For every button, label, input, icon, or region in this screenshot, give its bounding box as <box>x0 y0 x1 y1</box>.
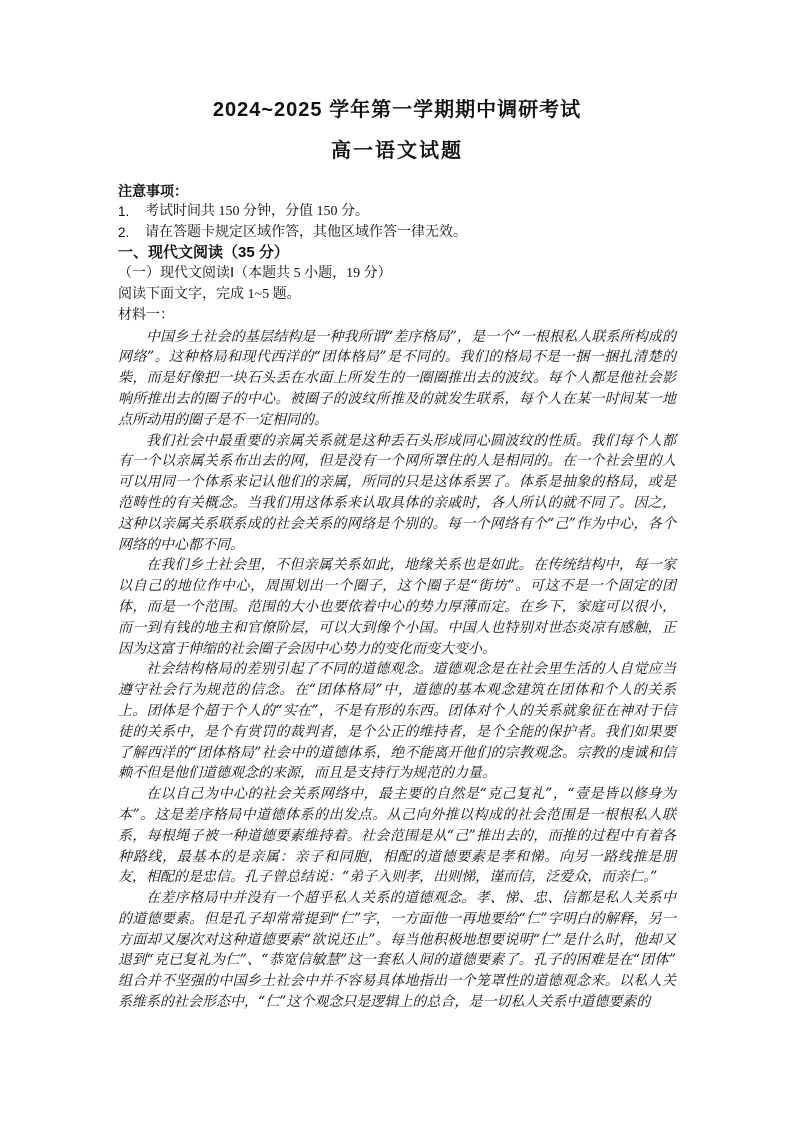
notice-item-1: 1. 考试时间共 150 分钟，分值 150 分。 <box>118 202 676 223</box>
exam-paper-page: 2024~2025 学年第一学期期中调研考试 高一语文试题 注意事项： 1. 考… <box>0 0 793 1122</box>
material-1-body: 中国乡土社会的基层结构是一种我所谓“差序格局”，是一个“一根根私人联系所构成的网… <box>118 327 676 1013</box>
material-1-label: 材料一： <box>118 306 676 327</box>
reading-instruction: 阅读下面文字，完成 1~5 题。 <box>118 285 676 306</box>
notice-item-2-text: 请在答题卡规定区域作答，其他区域作答一律无效。 <box>145 223 676 244</box>
exam-title: 2024~2025 学年第一学期期中调研考试 <box>118 97 676 123</box>
material-paragraph-6: 在差序格局中并没有一个超乎私人关系的道德观念。孝、悌、忠、信都是私人关系中的道德… <box>118 888 676 1013</box>
exam-subtitle: 高一语文试题 <box>118 138 676 164</box>
notice-section: 注意事项： 1. 考试时间共 150 分钟，分值 150 分。 2. 请在答题卡… <box>118 181 676 243</box>
notice-item-1-number: 1. <box>118 202 145 223</box>
section-heading-modern-reading: 一、现代文阅读（35 分） <box>118 243 676 264</box>
notice-item-2: 2. 请在答题卡规定区域作答，其他区域作答一律无效。 <box>118 223 676 244</box>
notice-heading: 注意事项： <box>118 181 676 202</box>
notice-item-2-number: 2. <box>118 223 145 244</box>
material-paragraph-2: 我们社会中最重要的亲属关系就是这种丢石头形成同心圆波纹的性质。我们每个人都有一个… <box>118 431 676 556</box>
material-paragraph-1: 中国乡土社会的基层结构是一种我所谓“差序格局”，是一个“一根根私人联系所构成的网… <box>118 327 676 431</box>
material-paragraph-3: 在我们乡土社会里，不但亲属关系如此，地缘关系也是如此。在传统结构中，每一家以自己… <box>118 555 676 659</box>
material-paragraph-5: 在以自己为中心的社会关系网络中，最主要的自然是“克己复礼”，“壹是皆以修身为本”… <box>118 784 676 888</box>
subsection-heading-reading-1: （一）现代文阅读Ⅰ（本题共 5 小题，19 分） <box>118 264 676 285</box>
notice-item-1-text: 考试时间共 150 分钟，分值 150 分。 <box>145 202 676 223</box>
material-paragraph-4: 社会结构格局的差别引起了不同的道德观念。道德观念是在社会里生活的人自觉应当遵守社… <box>118 659 676 784</box>
